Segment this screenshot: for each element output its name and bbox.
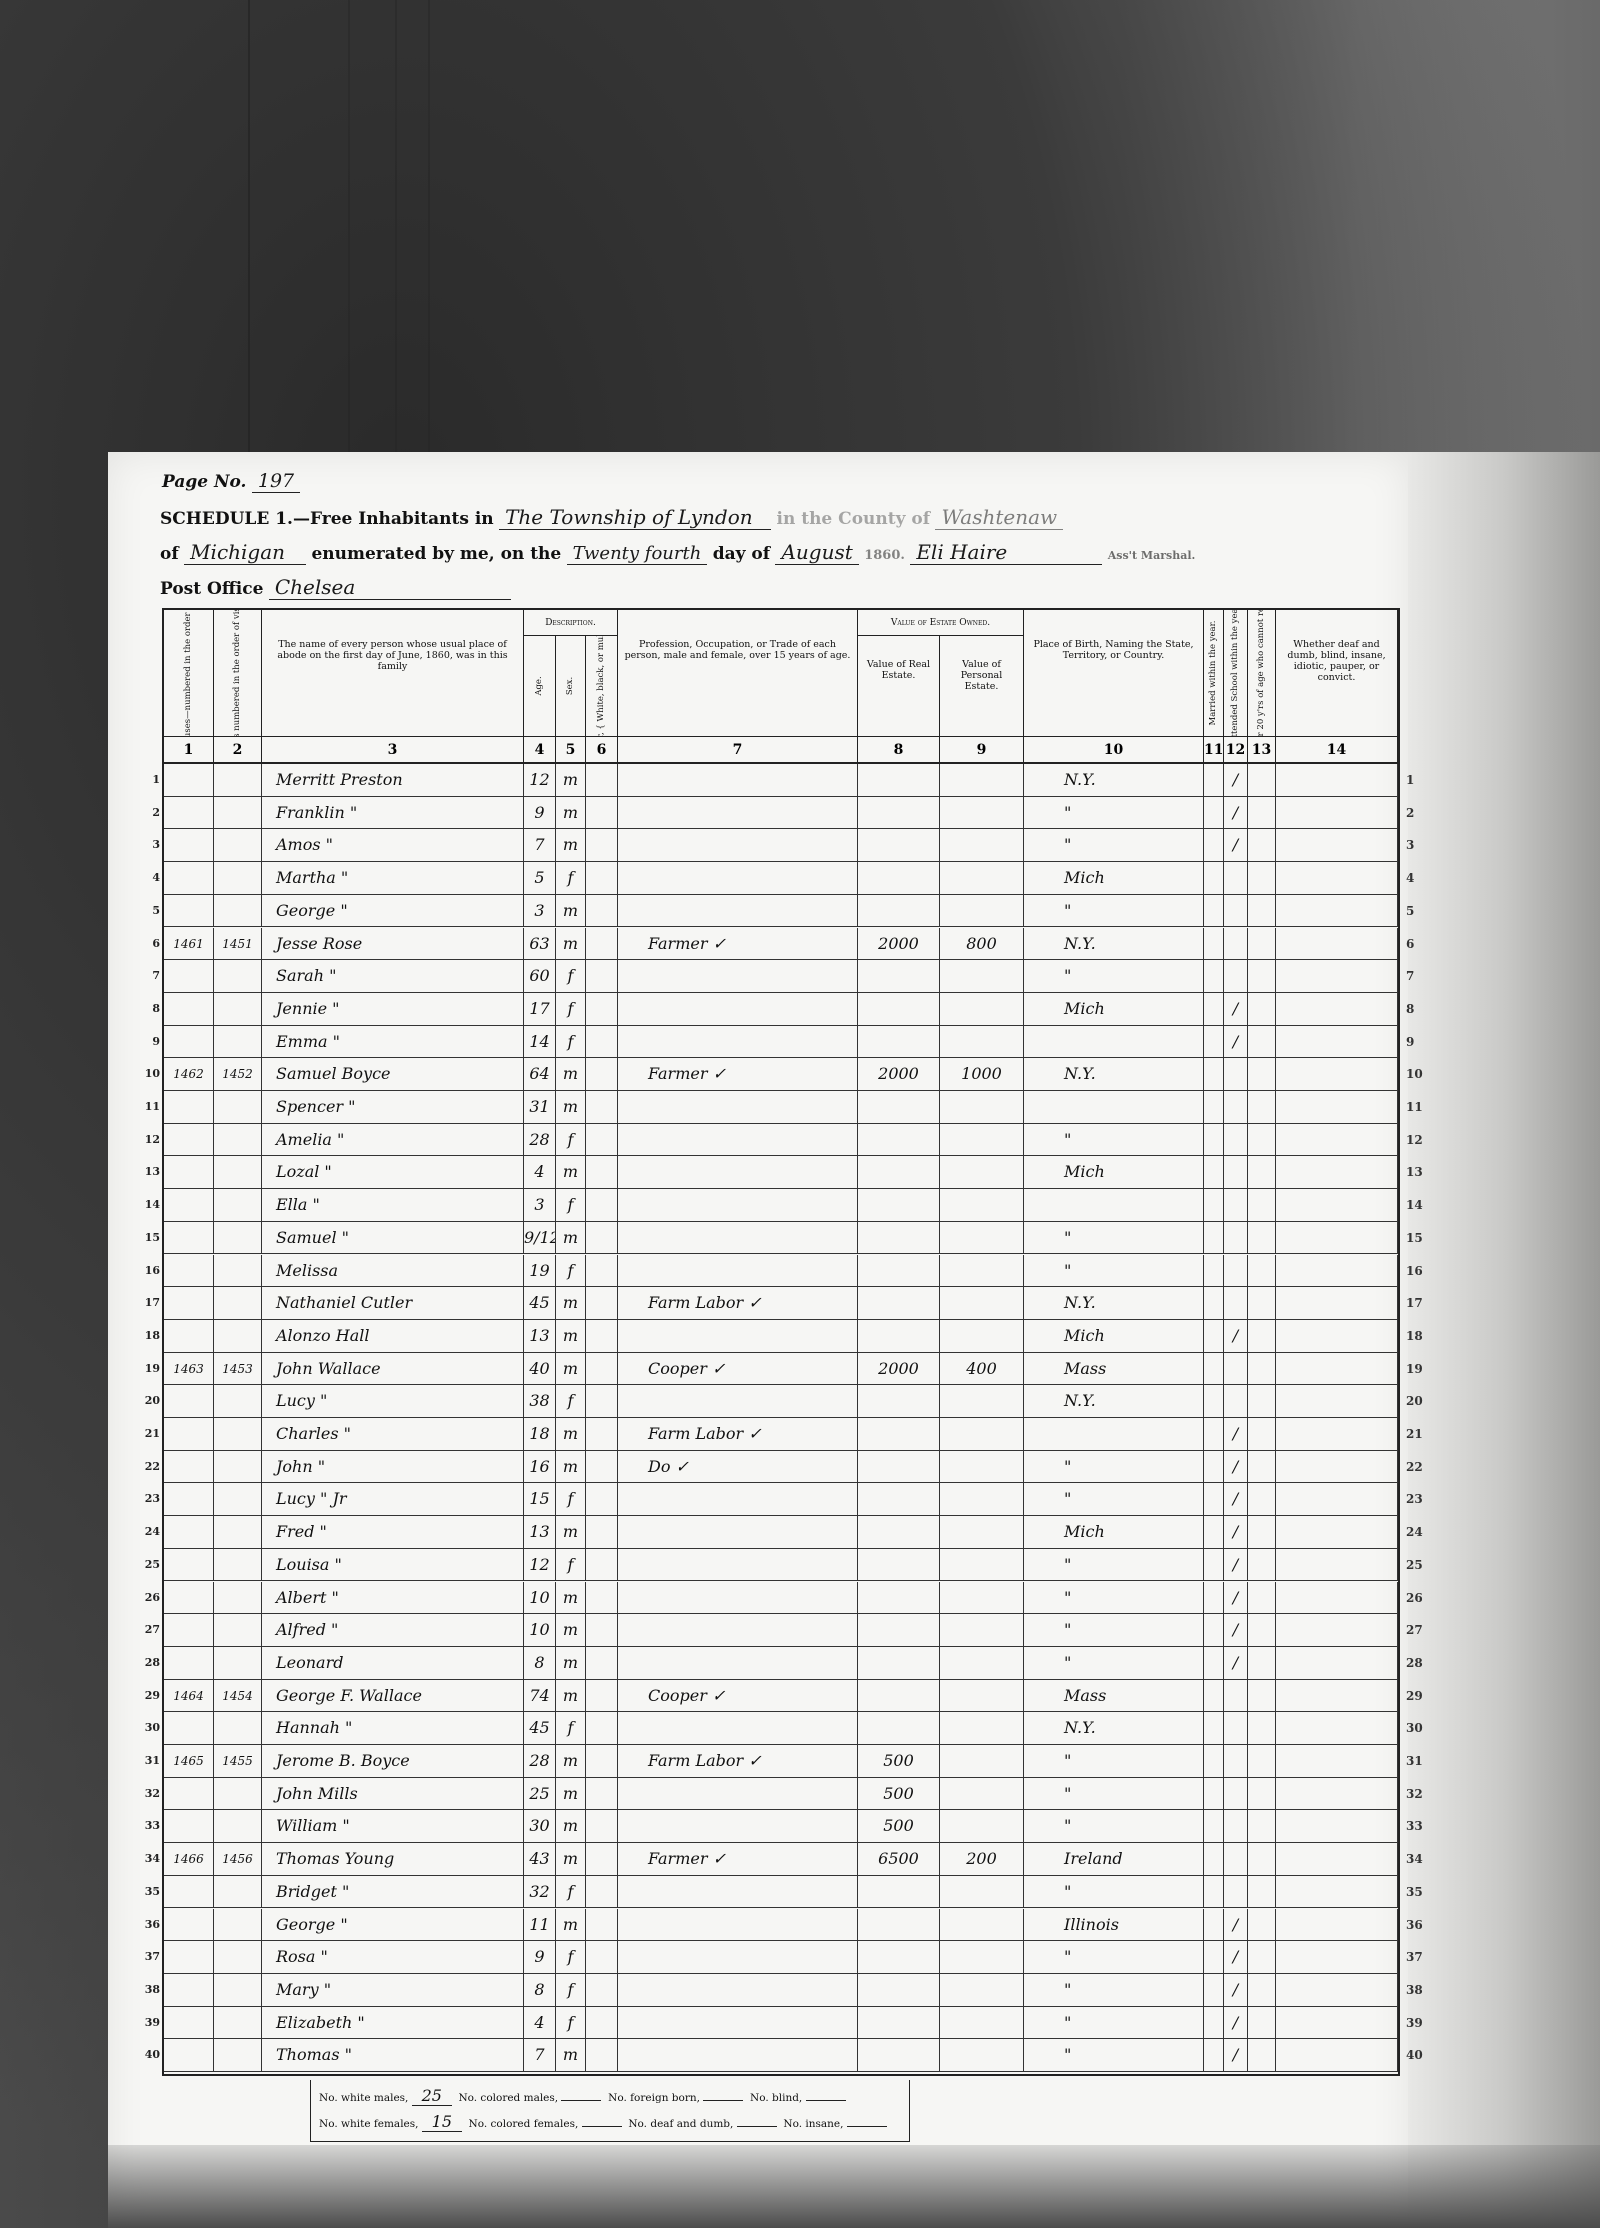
col-occupation-cell — [618, 1909, 858, 1941]
col-personal-estate-cell — [940, 1320, 1024, 1352]
col-color-cell — [586, 1189, 618, 1221]
post-office-label: Post Office — [160, 579, 263, 599]
col-school-cell: / — [1224, 1483, 1248, 1515]
table-row: 3838Mary "8f"/ — [164, 1974, 1398, 2007]
col-color-header: Color, { White, black, or mulatto. — [586, 636, 618, 736]
col-name-cell: John Mills — [262, 1778, 524, 1810]
col-school-cell: / — [1224, 1647, 1248, 1679]
col-family-header: Families numbered in the order of visita… — [214, 610, 262, 736]
col-deaf-dumb-cell — [1276, 1843, 1398, 1875]
col-family-cell — [214, 1026, 262, 1058]
column-number: 12 — [1224, 737, 1248, 763]
col-married-cell — [1204, 1549, 1224, 1581]
line-number-right: 31 — [1406, 1745, 1434, 1777]
col-age-cell: 8 — [524, 1974, 556, 2006]
col-school-cell — [1224, 1189, 1248, 1221]
col-married-cell — [1204, 1974, 1224, 2006]
col-birthplace-cell: Ireland — [1024, 1843, 1204, 1875]
col-name-cell: John Wallace — [262, 1353, 524, 1385]
col-family-cell — [214, 2007, 262, 2039]
col-age-cell: 38 — [524, 1385, 556, 1417]
post-office-value: Chelsea — [269, 575, 511, 600]
col-name-cell: Samuel " — [262, 1222, 524, 1254]
summary-box: No. white males, 25 No. colored males, N… — [310, 2080, 910, 2142]
col-birthplace-cell: Mich — [1024, 1320, 1204, 1352]
col-sex-cell: f — [556, 1876, 586, 1908]
col-deaf-dumb-cell — [1276, 1255, 1398, 1287]
col-family-cell — [214, 895, 262, 927]
col-family-cell — [214, 1941, 262, 1973]
line-number-right: 39 — [1406, 2007, 1434, 2039]
col-personal-estate-header: Value of Personal Estate. — [940, 636, 1024, 736]
col-personal-estate-cell — [940, 1156, 1024, 1188]
col-school-cell — [1224, 1712, 1248, 1744]
col-deaf-dumb-cell — [1276, 1582, 1398, 1614]
col-color-cell — [586, 2039, 618, 2071]
table-row: 1212Amelia "28f" — [164, 1124, 1398, 1157]
col-dwelling-cell — [164, 1941, 214, 1973]
col-deaf-dumb-cell — [1276, 764, 1398, 796]
col-family-cell — [214, 1974, 262, 2006]
line-number-right: 35 — [1406, 1876, 1434, 1908]
col-personal-estate-cell: 200 — [940, 1843, 1024, 1875]
line-number-right: 9 — [1406, 1026, 1434, 1058]
col-married-cell — [1204, 1222, 1224, 1254]
col-age-cell: 64 — [524, 1058, 556, 1090]
line-number: 23 — [138, 1483, 160, 1515]
col-deaf-dumb-cell — [1276, 1745, 1398, 1777]
col-birthplace-cell: " — [1024, 1483, 1204, 1515]
col-deaf-dumb-cell — [1276, 1091, 1398, 1123]
col-real-estate-header: Value of Real Estate. — [858, 636, 940, 736]
col-real-estate-cell — [858, 1026, 940, 1058]
col-color-cell — [586, 993, 618, 1025]
line-number-right: 17 — [1406, 1287, 1434, 1319]
col-birthplace-cell: " — [1024, 1745, 1204, 1777]
page-number-line: Page No. 197 — [162, 470, 300, 493]
col-color-cell — [586, 1287, 618, 1319]
col-illiterate-cell — [1248, 1287, 1276, 1319]
col-occupation-cell: Farmer ✓ — [618, 1843, 858, 1875]
col-sex-cell: f — [556, 993, 586, 1025]
day-of-label: day of — [713, 544, 770, 564]
col-age-cell: 43 — [524, 1843, 556, 1875]
col-married-cell — [1204, 1026, 1224, 1058]
line-number: 37 — [138, 1941, 160, 1973]
col-school-cell — [1224, 1876, 1248, 1908]
col-deaf-dumb-cell — [1276, 1614, 1398, 1646]
blind-label: No. blind, — [750, 2092, 802, 2104]
col-illiterate-cell — [1248, 1582, 1276, 1614]
col-age-cell: 60 — [524, 960, 556, 992]
col-occupation-cell — [618, 1974, 858, 2006]
col-occupation-cell — [618, 1712, 858, 1744]
col-school-cell — [1224, 928, 1248, 960]
col-married-cell — [1204, 1909, 1224, 1941]
table-row: 2323Lucy " Jr15f"/ — [164, 1483, 1398, 1516]
col-occupation-cell: Do ✓ — [618, 1451, 858, 1483]
col-name-cell: Martha " — [262, 862, 524, 894]
col-family-cell — [214, 1712, 262, 1744]
col-school-cell: / — [1224, 1614, 1248, 1646]
col-sex-cell: m — [556, 1222, 586, 1254]
table-row: 6614611451Jesse Rose63mFarmer ✓2000800N.… — [164, 928, 1398, 961]
col-occupation-cell: Farm Labor ✓ — [618, 1287, 858, 1319]
table-row: 33Amos "7m"/ — [164, 829, 1398, 862]
col-married-cell — [1204, 1876, 1224, 1908]
col-school-cell: / — [1224, 764, 1248, 796]
col-school-cell — [1224, 1843, 1248, 1875]
table-row: 1111Spencer "31m — [164, 1091, 1398, 1124]
line-number-right: 5 — [1406, 895, 1434, 927]
col-school-cell — [1224, 1385, 1248, 1417]
col-family-cell — [214, 1876, 262, 1908]
col-birthplace-cell: " — [1024, 1778, 1204, 1810]
col-dwelling-cell — [164, 1385, 214, 1417]
col-deaf-dumb-cell — [1276, 895, 1398, 927]
col-color-cell — [586, 1582, 618, 1614]
col-deaf-dumb-cell — [1276, 1353, 1398, 1385]
col-real-estate-cell — [858, 764, 940, 796]
col-age-cell: 28 — [524, 1745, 556, 1777]
col-deaf-dumb-cell — [1276, 1941, 1398, 1973]
col-color-cell — [586, 1647, 618, 1679]
description-group-header: Description. — [524, 610, 618, 636]
col-illiterate-cell — [1248, 993, 1276, 1025]
col-age-cell: 74 — [524, 1680, 556, 1712]
col-illiterate-cell — [1248, 1909, 1276, 1941]
col-real-estate-cell — [858, 1974, 940, 2006]
col-school-cell — [1224, 1091, 1248, 1123]
col-birthplace-cell: " — [1024, 2007, 1204, 2039]
day-value: Twenty fourth — [567, 543, 708, 565]
col-sex-cell: m — [556, 1287, 586, 1319]
column-number: 6 — [586, 737, 618, 763]
col-deaf-dumb-cell — [1276, 1909, 1398, 1941]
col-sex-cell: f — [556, 1026, 586, 1058]
deaf-dumb-label: No. deaf and dumb, — [628, 2118, 733, 2130]
col-married-cell — [1204, 1778, 1224, 1810]
col-sex-cell: f — [556, 1189, 586, 1221]
col-personal-estate-cell — [940, 1909, 1024, 1941]
col-age-cell: 3 — [524, 895, 556, 927]
col-real-estate-cell — [858, 1320, 940, 1352]
col-age-cell: 40 — [524, 1353, 556, 1385]
line-number: 38 — [138, 1974, 160, 2006]
col-color-cell — [586, 1124, 618, 1156]
table-row: 1414Ella "3f — [164, 1189, 1398, 1222]
col-occupation-cell — [618, 1385, 858, 1417]
col-name-cell: Elizabeth " — [262, 2007, 524, 2039]
col-dwelling-cell — [164, 960, 214, 992]
col-school-cell — [1224, 1156, 1248, 1188]
column-number: 10 — [1024, 737, 1204, 763]
col-deaf-dumb-cell — [1276, 1810, 1398, 1842]
col-dwelling-cell: 1464 — [164, 1680, 214, 1712]
col-occupation-cell — [618, 1156, 858, 1188]
col-sex-cell: m — [556, 1516, 586, 1548]
line-number: 15 — [138, 1222, 160, 1254]
col-real-estate-cell: 2000 — [858, 928, 940, 960]
col-color-cell — [586, 1549, 618, 1581]
col-color-cell — [586, 1058, 618, 1090]
col-occupation-cell — [618, 2007, 858, 2039]
col-family-cell — [214, 1909, 262, 1941]
col-real-estate-cell — [858, 1712, 940, 1744]
line-number: 34 — [138, 1843, 160, 1875]
col-occupation-cell — [618, 1810, 858, 1842]
col-sex-cell: m — [556, 1909, 586, 1941]
col-illiterate-cell — [1248, 829, 1276, 861]
line-number-right: 24 — [1406, 1516, 1434, 1548]
col-family-cell — [214, 1124, 262, 1156]
col-color-cell — [586, 960, 618, 992]
col-sex-cell: m — [556, 1647, 586, 1679]
line-number: 6 — [138, 928, 160, 960]
line-number-right: 34 — [1406, 1843, 1434, 1875]
white-females-label: No. white females, — [319, 2118, 419, 2130]
col-personal-estate-cell — [940, 1385, 1024, 1417]
col-school-cell — [1224, 1778, 1248, 1810]
col-dwelling-cell — [164, 1124, 214, 1156]
line-number: 11 — [138, 1091, 160, 1123]
state-value: Michigan — [184, 540, 306, 565]
col-age-cell: 28 — [524, 1124, 556, 1156]
col-age-cell: 9/12 — [524, 1222, 556, 1254]
col-real-estate-cell — [858, 1483, 940, 1515]
col-deaf-dumb-cell — [1276, 1287, 1398, 1319]
col-personal-estate-cell — [940, 1222, 1024, 1254]
township-value: The Township of Lyndon — [499, 505, 771, 530]
table-row: 1515Samuel "9/12m" — [164, 1222, 1398, 1255]
col-school-cell: / — [1224, 1909, 1248, 1941]
col-deaf-dumb-header: Whether deaf and dumb, blind, insane, id… — [1276, 610, 1398, 736]
col-age-cell: 8 — [524, 1647, 556, 1679]
col-name-cell: Louisa " — [262, 1549, 524, 1581]
white-males-label: No. white males, — [319, 2092, 408, 2104]
line-number: 8 — [138, 993, 160, 1025]
col-personal-estate-cell — [940, 1418, 1024, 1450]
col-sex-cell: m — [556, 1418, 586, 1450]
col-birthplace-cell: " — [1024, 1614, 1204, 1646]
col-school-cell: / — [1224, 1582, 1248, 1614]
line-number: 9 — [138, 1026, 160, 1058]
col-school-cell — [1224, 895, 1248, 927]
line-number-right: 12 — [1406, 1124, 1434, 1156]
table-row: 2828Leonard8m"/ — [164, 1647, 1398, 1680]
col-real-estate-cell — [858, 1255, 940, 1287]
col-deaf-dumb-cell — [1276, 1974, 1398, 2006]
col-birthplace-cell: N.Y. — [1024, 928, 1204, 960]
col-real-estate-cell — [858, 829, 940, 861]
line-number-right: 4 — [1406, 862, 1434, 894]
col-name-cell: George F. Wallace — [262, 1680, 524, 1712]
col-color-cell — [586, 2007, 618, 2039]
col-dwelling-cell — [164, 1451, 214, 1483]
col-dwelling-cell — [164, 1189, 214, 1221]
line-number: 30 — [138, 1712, 160, 1744]
col-married-cell — [1204, 1483, 1224, 1515]
col-dwelling-cell — [164, 1974, 214, 2006]
col-family-cell — [214, 797, 262, 829]
col-personal-estate-cell — [940, 895, 1024, 927]
col-married-cell — [1204, 993, 1224, 1025]
col-school-cell — [1224, 1058, 1248, 1090]
col-color-cell — [586, 1614, 618, 1646]
col-family-cell — [214, 1287, 262, 1319]
col-family-cell: 1456 — [214, 1843, 262, 1875]
col-personal-estate-cell — [940, 1680, 1024, 1712]
col-personal-estate-cell — [940, 1941, 1024, 1973]
col-birthplace-cell: N.Y. — [1024, 764, 1204, 796]
col-birthplace-cell: " — [1024, 1124, 1204, 1156]
col-occupation-cell: Cooper ✓ — [618, 1353, 858, 1385]
col-color-cell — [586, 797, 618, 829]
col-married-cell — [1204, 829, 1224, 861]
col-birthplace-cell: " — [1024, 1255, 1204, 1287]
line-number-right: 22 — [1406, 1451, 1434, 1483]
col-sex-cell: m — [556, 2039, 586, 2071]
col-family-cell — [214, 1451, 262, 1483]
col-personal-estate-cell — [940, 1451, 1024, 1483]
col-real-estate-cell — [858, 1941, 940, 1973]
col-school-cell: / — [1224, 1549, 1248, 1581]
col-color-cell — [586, 1451, 618, 1483]
line-number: 33 — [138, 1810, 160, 1842]
col-family-cell — [214, 960, 262, 992]
line-number: 32 — [138, 1778, 160, 1810]
line-number: 35 — [138, 1876, 160, 1908]
col-occupation-cell — [618, 1091, 858, 1123]
line-number-right: 25 — [1406, 1549, 1434, 1581]
col-color-cell — [586, 1026, 618, 1058]
line-number: 5 — [138, 895, 160, 927]
col-married-cell — [1204, 895, 1224, 927]
line-number: 13 — [138, 1156, 160, 1188]
col-color-cell — [586, 1255, 618, 1287]
col-occupation-cell — [618, 1026, 858, 1058]
col-sex-cell: f — [556, 1255, 586, 1287]
col-deaf-dumb-cell — [1276, 993, 1398, 1025]
line-number: 2 — [138, 797, 160, 829]
col-married-cell — [1204, 1320, 1224, 1352]
enumeration-line: of Michigan enumerated by me, on the Twe… — [160, 540, 1195, 565]
col-name-cell: Jerome B. Boyce — [262, 1745, 524, 1777]
col-name-cell: Sarah " — [262, 960, 524, 992]
col-illiterate-cell — [1248, 1418, 1276, 1450]
col-illiterate-cell — [1248, 1189, 1276, 1221]
table-row: 99Emma "14f/ — [164, 1026, 1398, 1059]
col-real-estate-cell — [858, 1124, 940, 1156]
col-married-cell — [1204, 1189, 1224, 1221]
col-school-cell — [1224, 1680, 1248, 1712]
table-row: 3939Elizabeth "4f"/ — [164, 2007, 1398, 2040]
col-illiterate-cell — [1248, 1876, 1276, 1908]
table-row: 1616Melissa19f" — [164, 1255, 1398, 1288]
column-number: 1 — [164, 737, 214, 763]
col-occupation-cell — [618, 960, 858, 992]
col-deaf-dumb-cell — [1276, 1549, 1398, 1581]
census-table: Dwelling-houses—numbered in the order of… — [162, 608, 1400, 2076]
table-row: 88Jennie "17fMich/ — [164, 993, 1398, 1026]
col-occupation-cell: Farmer ✓ — [618, 928, 858, 960]
col-birthplace-cell: " — [1024, 1451, 1204, 1483]
col-deaf-dumb-cell — [1276, 1385, 1398, 1417]
col-dwelling-cell — [164, 1909, 214, 1941]
col-married-cell — [1204, 764, 1224, 796]
line-number-right: 30 — [1406, 1712, 1434, 1744]
col-birthplace-cell — [1024, 1026, 1204, 1058]
col-occupation-cell — [618, 1582, 858, 1614]
col-sex-cell: f — [556, 1941, 586, 1973]
col-sex-cell: f — [556, 1974, 586, 2006]
col-dwelling-cell: 1466 — [164, 1843, 214, 1875]
line-number-right: 14 — [1406, 1189, 1434, 1221]
col-dwelling-cell — [164, 1582, 214, 1614]
col-personal-estate-cell — [940, 1647, 1024, 1679]
col-personal-estate-cell — [940, 1124, 1024, 1156]
col-personal-estate-cell — [940, 960, 1024, 992]
col-family-cell — [214, 829, 262, 861]
col-name-cell: Spencer " — [262, 1091, 524, 1123]
col-sex-cell: m — [556, 1680, 586, 1712]
col-illiterate-cell — [1248, 2007, 1276, 2039]
col-family-cell — [214, 1549, 262, 1581]
col-school-cell: / — [1224, 797, 1248, 829]
col-married-cell — [1204, 1124, 1224, 1156]
col-dwelling-cell — [164, 1876, 214, 1908]
col-illiterate-cell — [1248, 1974, 1276, 2006]
col-deaf-dumb-cell — [1276, 1647, 1398, 1679]
col-birthplace-cell: " — [1024, 797, 1204, 829]
col-color-cell — [586, 1680, 618, 1712]
county-label: in the County of — [776, 509, 930, 529]
col-birthplace-cell: Illinois — [1024, 1909, 1204, 1941]
col-name-cell: George " — [262, 1909, 524, 1941]
col-illiterate-cell — [1248, 797, 1276, 829]
col-birthplace-cell: Mich — [1024, 862, 1204, 894]
col-married-cell — [1204, 1353, 1224, 1385]
line-number: 12 — [138, 1124, 160, 1156]
col-age-cell: 7 — [524, 829, 556, 861]
col-real-estate-cell: 500 — [858, 1745, 940, 1777]
col-sex-cell: m — [556, 1058, 586, 1090]
col-sex-cell: m — [556, 1745, 586, 1777]
line-number: 7 — [138, 960, 160, 992]
col-family-cell — [214, 1189, 262, 1221]
col-occupation-cell — [618, 1516, 858, 1548]
col-sex-cell: m — [556, 1614, 586, 1646]
col-dwelling-cell — [164, 1810, 214, 1842]
col-color-cell — [586, 1320, 618, 1352]
table-row: 55George "3m" — [164, 895, 1398, 928]
col-personal-estate-cell — [940, 1778, 1024, 1810]
col-real-estate-cell — [858, 797, 940, 829]
col-deaf-dumb-cell — [1276, 1483, 1398, 1515]
col-name-cell: Amelia " — [262, 1124, 524, 1156]
line-number: 27 — [138, 1614, 160, 1646]
col-illiterate-cell — [1248, 1712, 1276, 1744]
col-color-cell — [586, 1745, 618, 1777]
col-name-cell: Franklin " — [262, 797, 524, 829]
column-number-row: 1234567891011121314 — [164, 736, 1398, 764]
col-occupation-cell: Farmer ✓ — [618, 1058, 858, 1090]
column-number: 7 — [618, 737, 858, 763]
col-sex-cell: f — [556, 2007, 586, 2039]
col-deaf-dumb-cell — [1276, 829, 1398, 861]
col-color-cell — [586, 1712, 618, 1744]
table-row: 2424Fred "13mMich/ — [164, 1516, 1398, 1549]
